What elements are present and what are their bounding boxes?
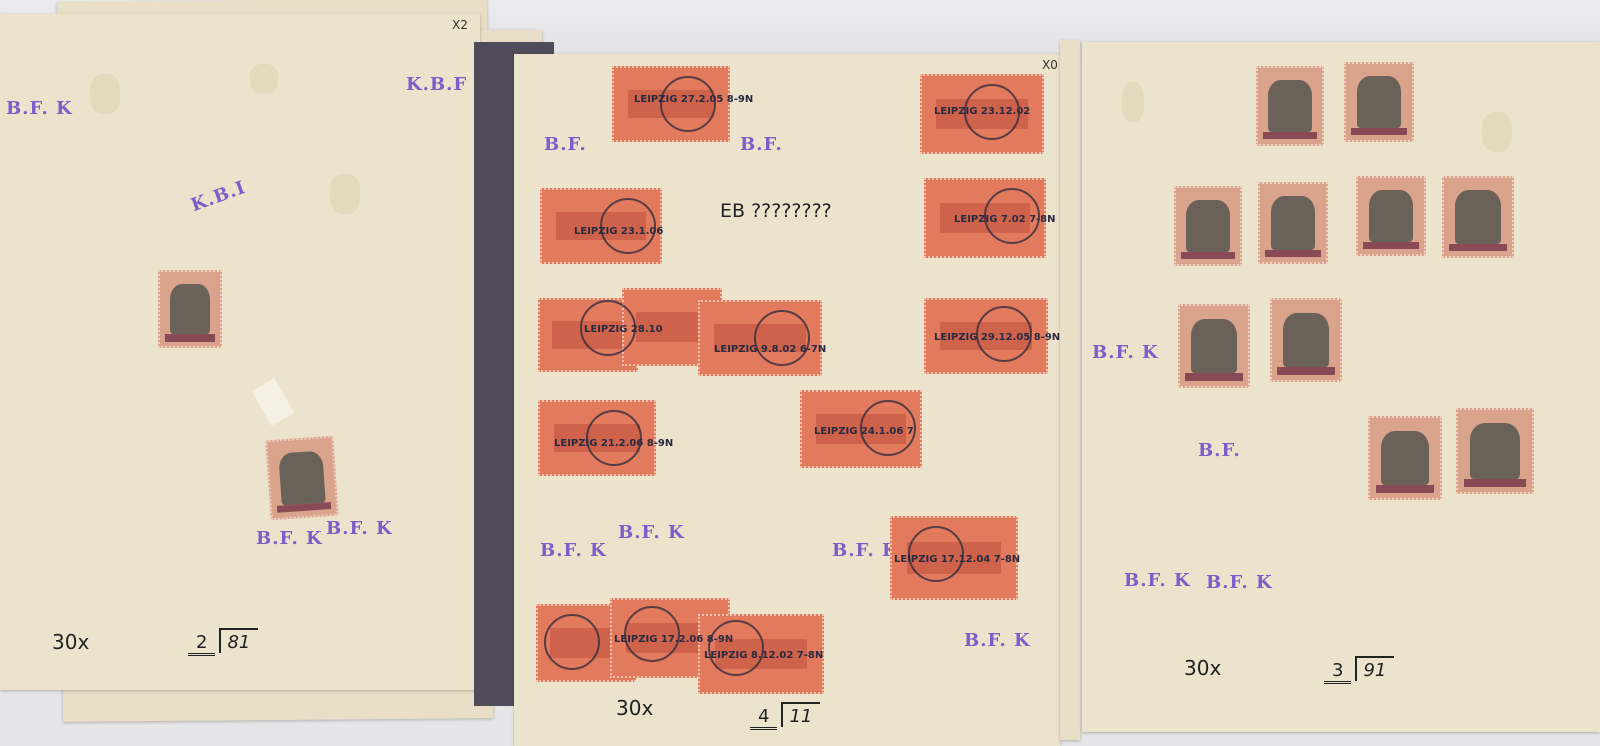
postmark <box>708 620 764 676</box>
postmark <box>544 614 600 670</box>
bf-stamp: B.F. K <box>1092 342 1159 363</box>
stamp-germania <box>1456 408 1534 494</box>
corner-mark: X2 <box>452 18 468 32</box>
postmark-date: LEIPZIG 27.2.05 8-9N <box>634 94 753 105</box>
stamp-germania <box>1368 416 1442 500</box>
bf-stamp: B.F. K <box>832 540 899 561</box>
stain <box>90 74 120 114</box>
fraction-note: 281 <box>188 628 258 653</box>
postmark-date: LEIPZIG 7.02 7-8N <box>954 214 1056 225</box>
stamp-germania <box>1258 182 1328 264</box>
postmark-date: LEIPZIG 23.1.06 <box>574 226 663 237</box>
postmark-date: LEIPZIG 24.1.06 7 <box>814 426 914 437</box>
stain <box>250 64 278 94</box>
postmark-date: LEIPZIG 17.2.06 8-9N <box>614 634 733 645</box>
bf-stamp: B.F. K <box>1124 570 1191 591</box>
postmark-date: LEIPZIG 28.10 <box>584 324 663 335</box>
postmark-date: LEIPZIG 23.12.02 <box>934 106 1030 117</box>
stain <box>1482 112 1512 152</box>
bf-stamp: B.F. K <box>540 540 607 561</box>
fraction-note: 391 <box>1324 656 1394 681</box>
tally-note: 30x <box>1184 656 1221 680</box>
stamp-germania <box>158 270 222 348</box>
bf-stamp: B.F. <box>1198 440 1241 461</box>
kbi-stamp: K.B.I <box>188 177 249 216</box>
kbf-stamp: K.B.F <box>406 74 467 95</box>
bf-stamp: B.F. K <box>256 528 323 549</box>
stain <box>1122 82 1144 122</box>
album-page-middle: X0 LEIPZIG 27.2.05 8-9N LEIPZIG 23.12.02… <box>514 54 1060 746</box>
bf-stamp: B.F. <box>544 134 587 155</box>
postmark-date: LEIPZIG 21.2.06 8-9N <box>554 438 673 449</box>
bf-stamp: B.F. K <box>6 98 73 119</box>
album-page-left: X2 B.F. K K.B.F K.B.I B.F. K B.F. K 30x … <box>0 14 480 690</box>
postmark-date: LEIPZIG 29.12.05 8-9N <box>934 332 1060 343</box>
bf-stamp: B.F. K <box>618 522 685 543</box>
stamp-germania <box>1270 298 1342 382</box>
fraction-note: 411 <box>750 702 820 727</box>
bf-stamp: B.F. K <box>1206 572 1273 593</box>
back-sheet <box>1060 40 1080 740</box>
stain <box>330 174 360 214</box>
stamp-germania <box>1344 62 1414 142</box>
tally-note: 30x <box>52 630 89 654</box>
postmark <box>754 310 810 366</box>
stamp-germania <box>265 436 338 521</box>
stamp-germania <box>1178 304 1250 388</box>
bf-stamp: B.F. <box>740 134 783 155</box>
bf-stamp: B.F. K <box>964 630 1031 651</box>
album-page-right: B.F. K B.F. B.F. K B.F. K 30x 391 <box>1082 42 1600 732</box>
stamp-germania <box>1256 66 1324 146</box>
postmark-date: LEIPZIG 17.12.04 7-8N <box>894 554 1020 565</box>
corner-mark: X0 <box>1042 58 1058 72</box>
stamp-germania <box>1174 186 1242 266</box>
stamp-germania <box>1442 176 1514 258</box>
postmark-date: LEIPZIG 9.8.02 6-7N <box>714 344 826 355</box>
stamp-germania <box>1356 176 1426 256</box>
bf-stamp: B.F. K <box>326 518 393 539</box>
hinge <box>252 378 295 426</box>
tally-note: 30x <box>616 696 653 720</box>
eb-note: EB ???????? <box>720 200 832 222</box>
postmark-date: LEIPZIG 8.12.02 7-8N <box>704 650 823 661</box>
